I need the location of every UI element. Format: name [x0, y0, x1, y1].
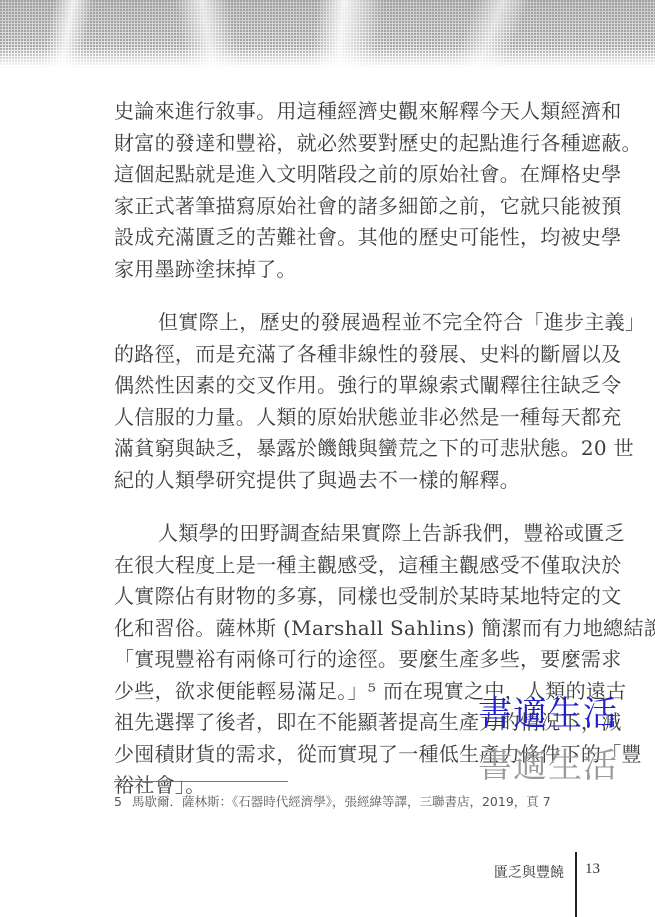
- watermark-blue: 書適生活: [478, 686, 618, 735]
- text-line: 但實際上，歷史的發展過程並不完全符合「進步主義」: [114, 307, 614, 339]
- text-line: 化和習俗。薩林斯 (Marshall Sahlins) 簡潔而有力地總結說：: [114, 613, 614, 645]
- text-line: 偶然性因素的交叉作用。強行的單線索式闡釋往往缺乏令: [114, 370, 614, 402]
- text-line: 家正式著筆描寫原始社會的諸多細節之前，它就只能被預: [114, 191, 614, 223]
- page-number-divider: [575, 852, 577, 917]
- text-line: 人信服的力量。人類的原始狀態並非必然是一種每天都充: [114, 402, 614, 434]
- footnote-divider: [114, 781, 288, 782]
- page-number: 13: [585, 861, 600, 878]
- header-illustration: [0, 0, 655, 68]
- footnote-text: 馬歇爾．薩林斯：《石器時代經濟學》，張經緯等譯，三聯書店，2019，頁 7: [132, 794, 551, 809]
- footnote-number: 5: [114, 794, 122, 809]
- text-line: 滿貧窮與缺乏，暴露於饑餓與蠻荒之下的可悲狀態。20 世: [114, 433, 614, 465]
- text-line: 史論來進行敘事。用這種經濟史觀來解釋今天人類經濟和: [114, 96, 614, 128]
- text-line: 紀的人類學研究提供了與過去不一樣的解釋。: [114, 465, 614, 497]
- running-title: 匱乏與豐饒: [494, 862, 564, 882]
- watermark-gray: 書適生活: [478, 738, 618, 787]
- paragraph-1: 史論來進行敘事。用這種經濟史觀來解釋今天人類經濟和 財富的發達和豐裕，就必然要對…: [114, 96, 614, 285]
- footnote: 5馬歇爾．薩林斯：《石器時代經濟學》，張經緯等譯，三聯書店，2019，頁 7: [114, 792, 551, 810]
- text-line: 人實際佔有財物的多寡，同樣也受制於某時某地特定的文: [114, 581, 614, 613]
- text-line: 設成充滿匱乏的苦難社會。其他的歷史可能性，均被史學: [114, 222, 614, 254]
- text-line: 家用墨跡塗抹掉了。: [114, 254, 614, 286]
- text-line: 財富的發達和豐裕，就必然要對歷史的起點進行各種遮蔽。: [114, 128, 614, 160]
- text-line: 在很大程度上是一種主觀感受，這種主觀感受不僅取決於: [114, 550, 614, 582]
- paragraph-2: 但實際上，歷史的發展過程並不完全符合「進步主義」 的路徑，而是充滿了各種非線性的…: [114, 307, 614, 496]
- text-line: 人類學的田野調查結果實際上告訴我們，豐裕或匱乏: [114, 518, 614, 550]
- text-line: 這個起點就是進入文明階段之前的原始社會。在輝格史學: [114, 159, 614, 191]
- text-line: 的路徑，而是充滿了各種非線性的發展、史料的斷層以及: [114, 339, 614, 371]
- text-line: 「實現豐裕有兩條可行的途徑。要麼生產多些，要麼需求: [114, 644, 614, 676]
